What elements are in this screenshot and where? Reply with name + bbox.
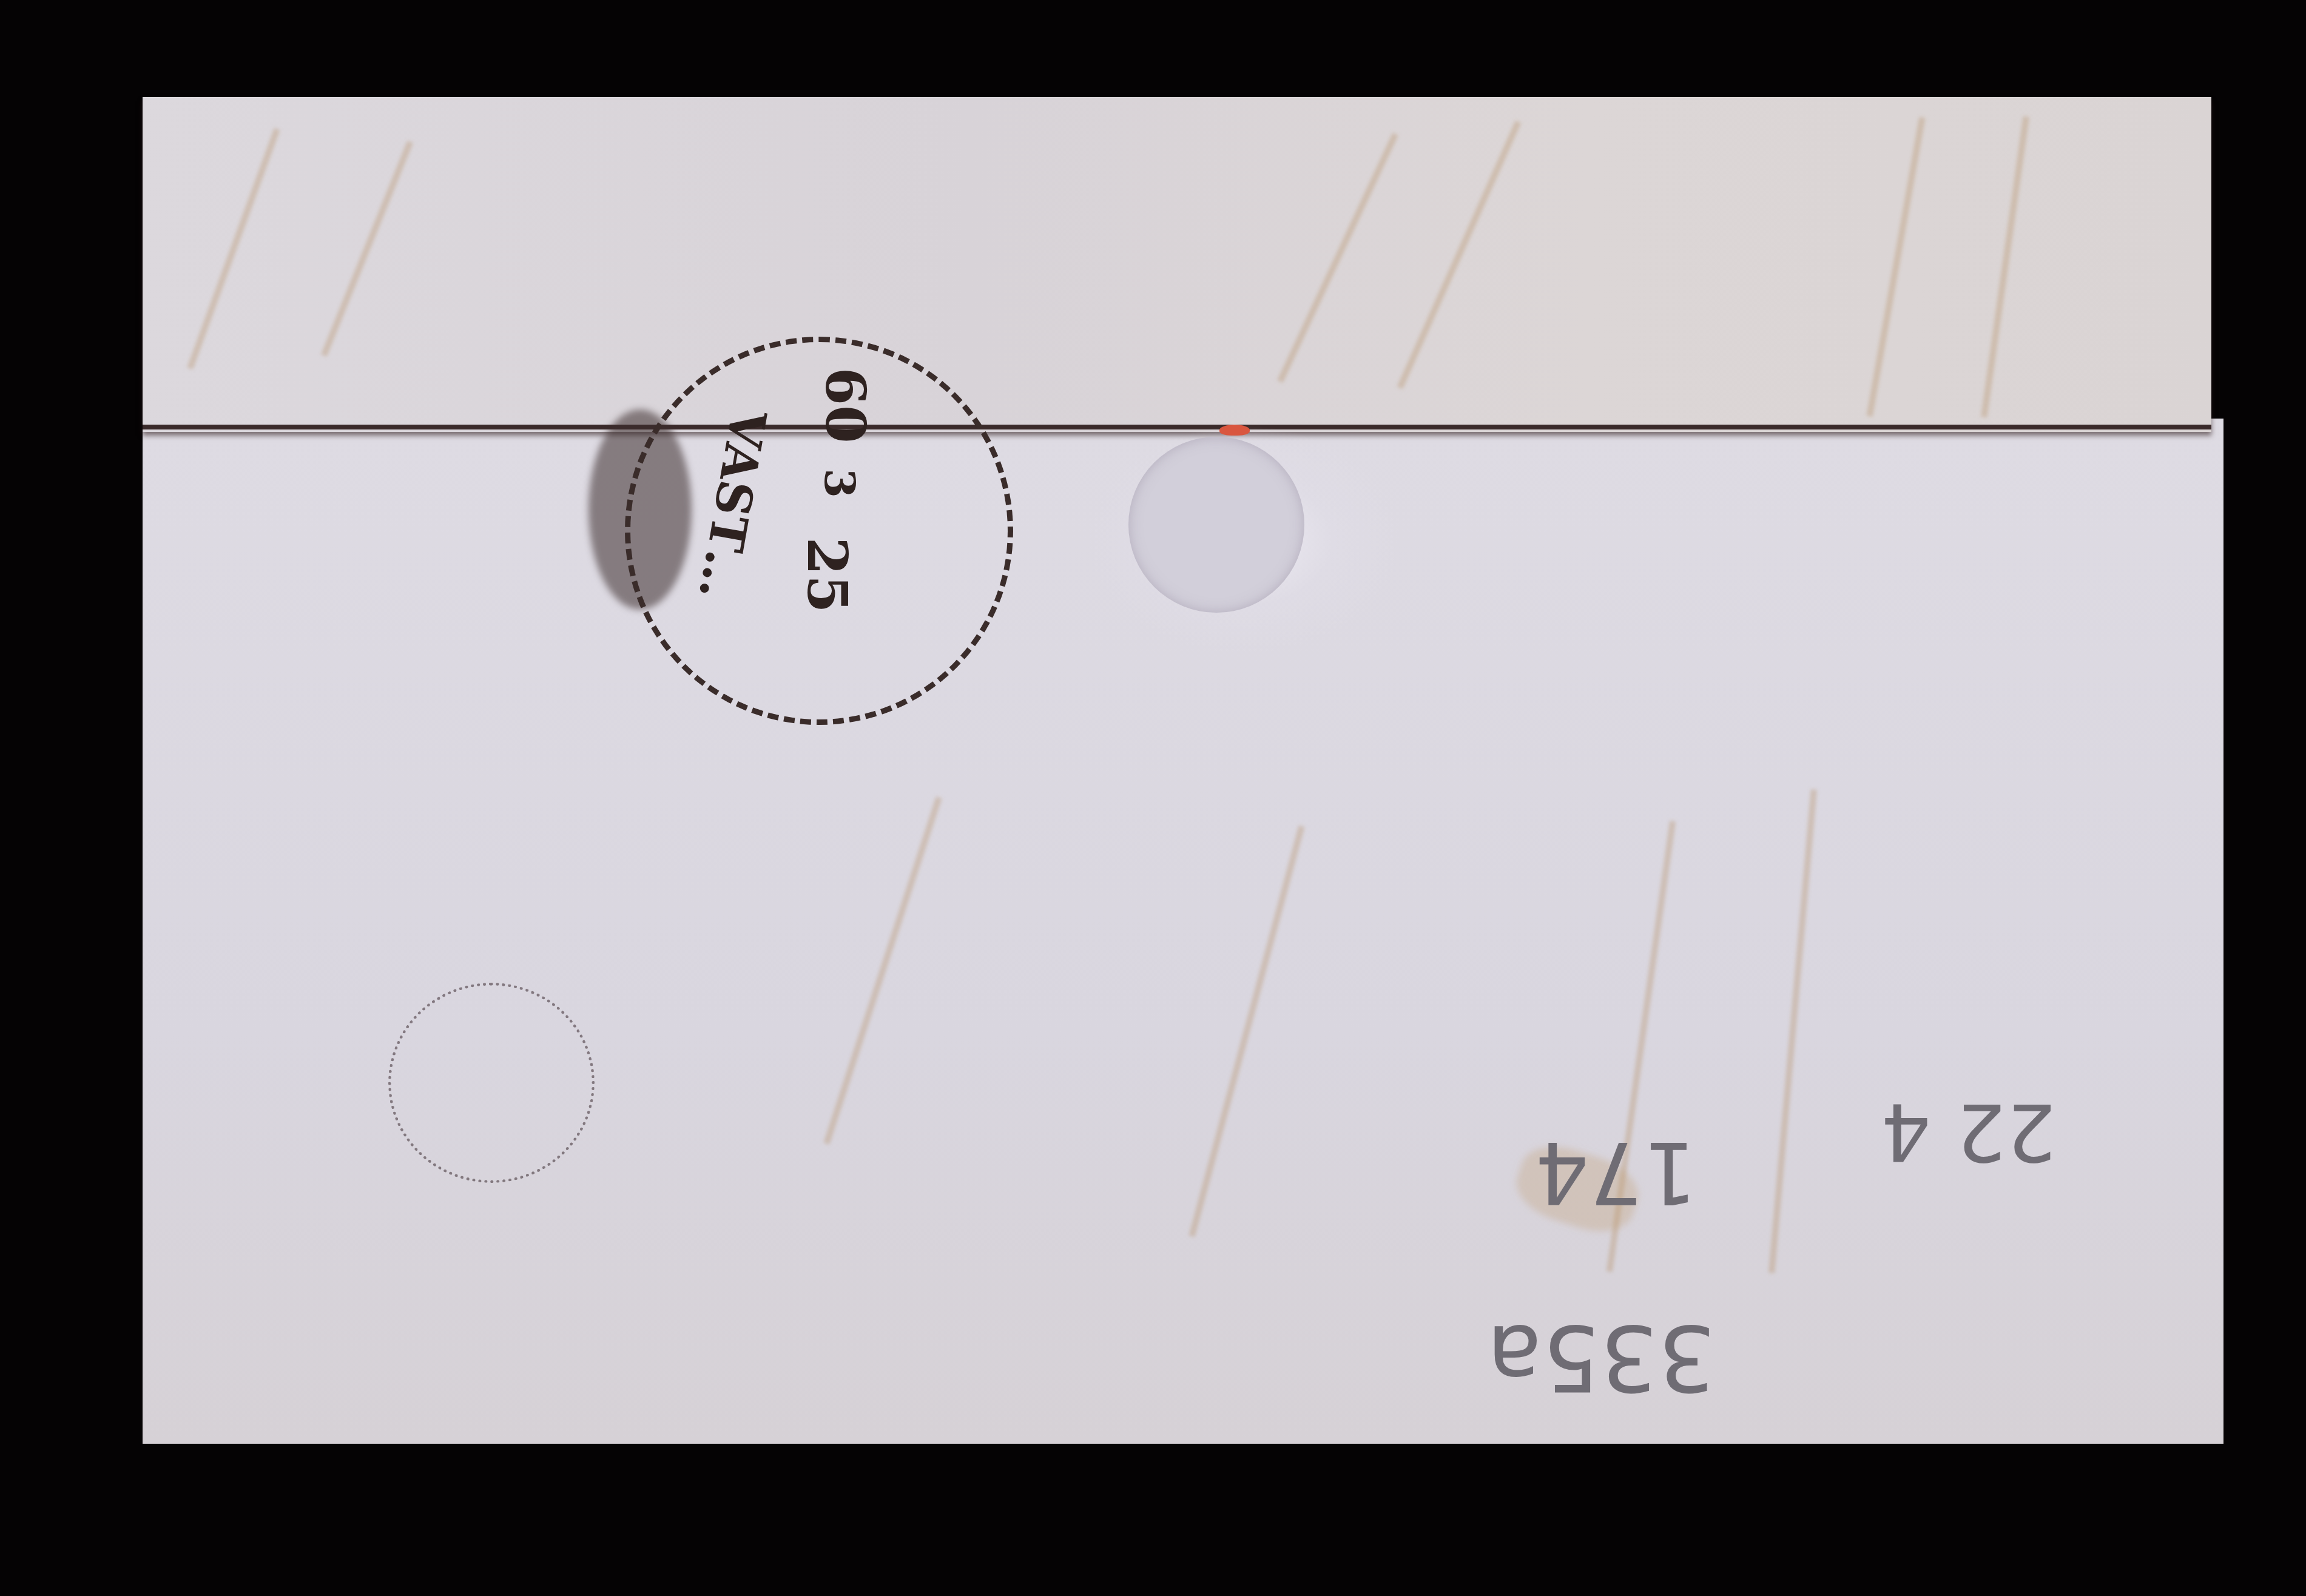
circular-datestamp: 60 3 25 VAST… [625, 337, 1013, 725]
postmark-month: 3 [815, 468, 865, 498]
seal-center [1128, 437, 1304, 613]
postmark-day: 25 [795, 537, 859, 613]
pencil-note: 335a [1486, 1304, 1716, 1410]
letter-top-flap [143, 97, 2211, 432]
pencil-note: 174 [1535, 1122, 1697, 1221]
wax-seal-remnant [1219, 425, 1250, 436]
postmark-year: 60 [813, 367, 877, 443]
pencil-note: 22 4 [1881, 1086, 2056, 1178]
flap-edge [143, 425, 2211, 429]
faint-postmark [388, 983, 595, 1183]
